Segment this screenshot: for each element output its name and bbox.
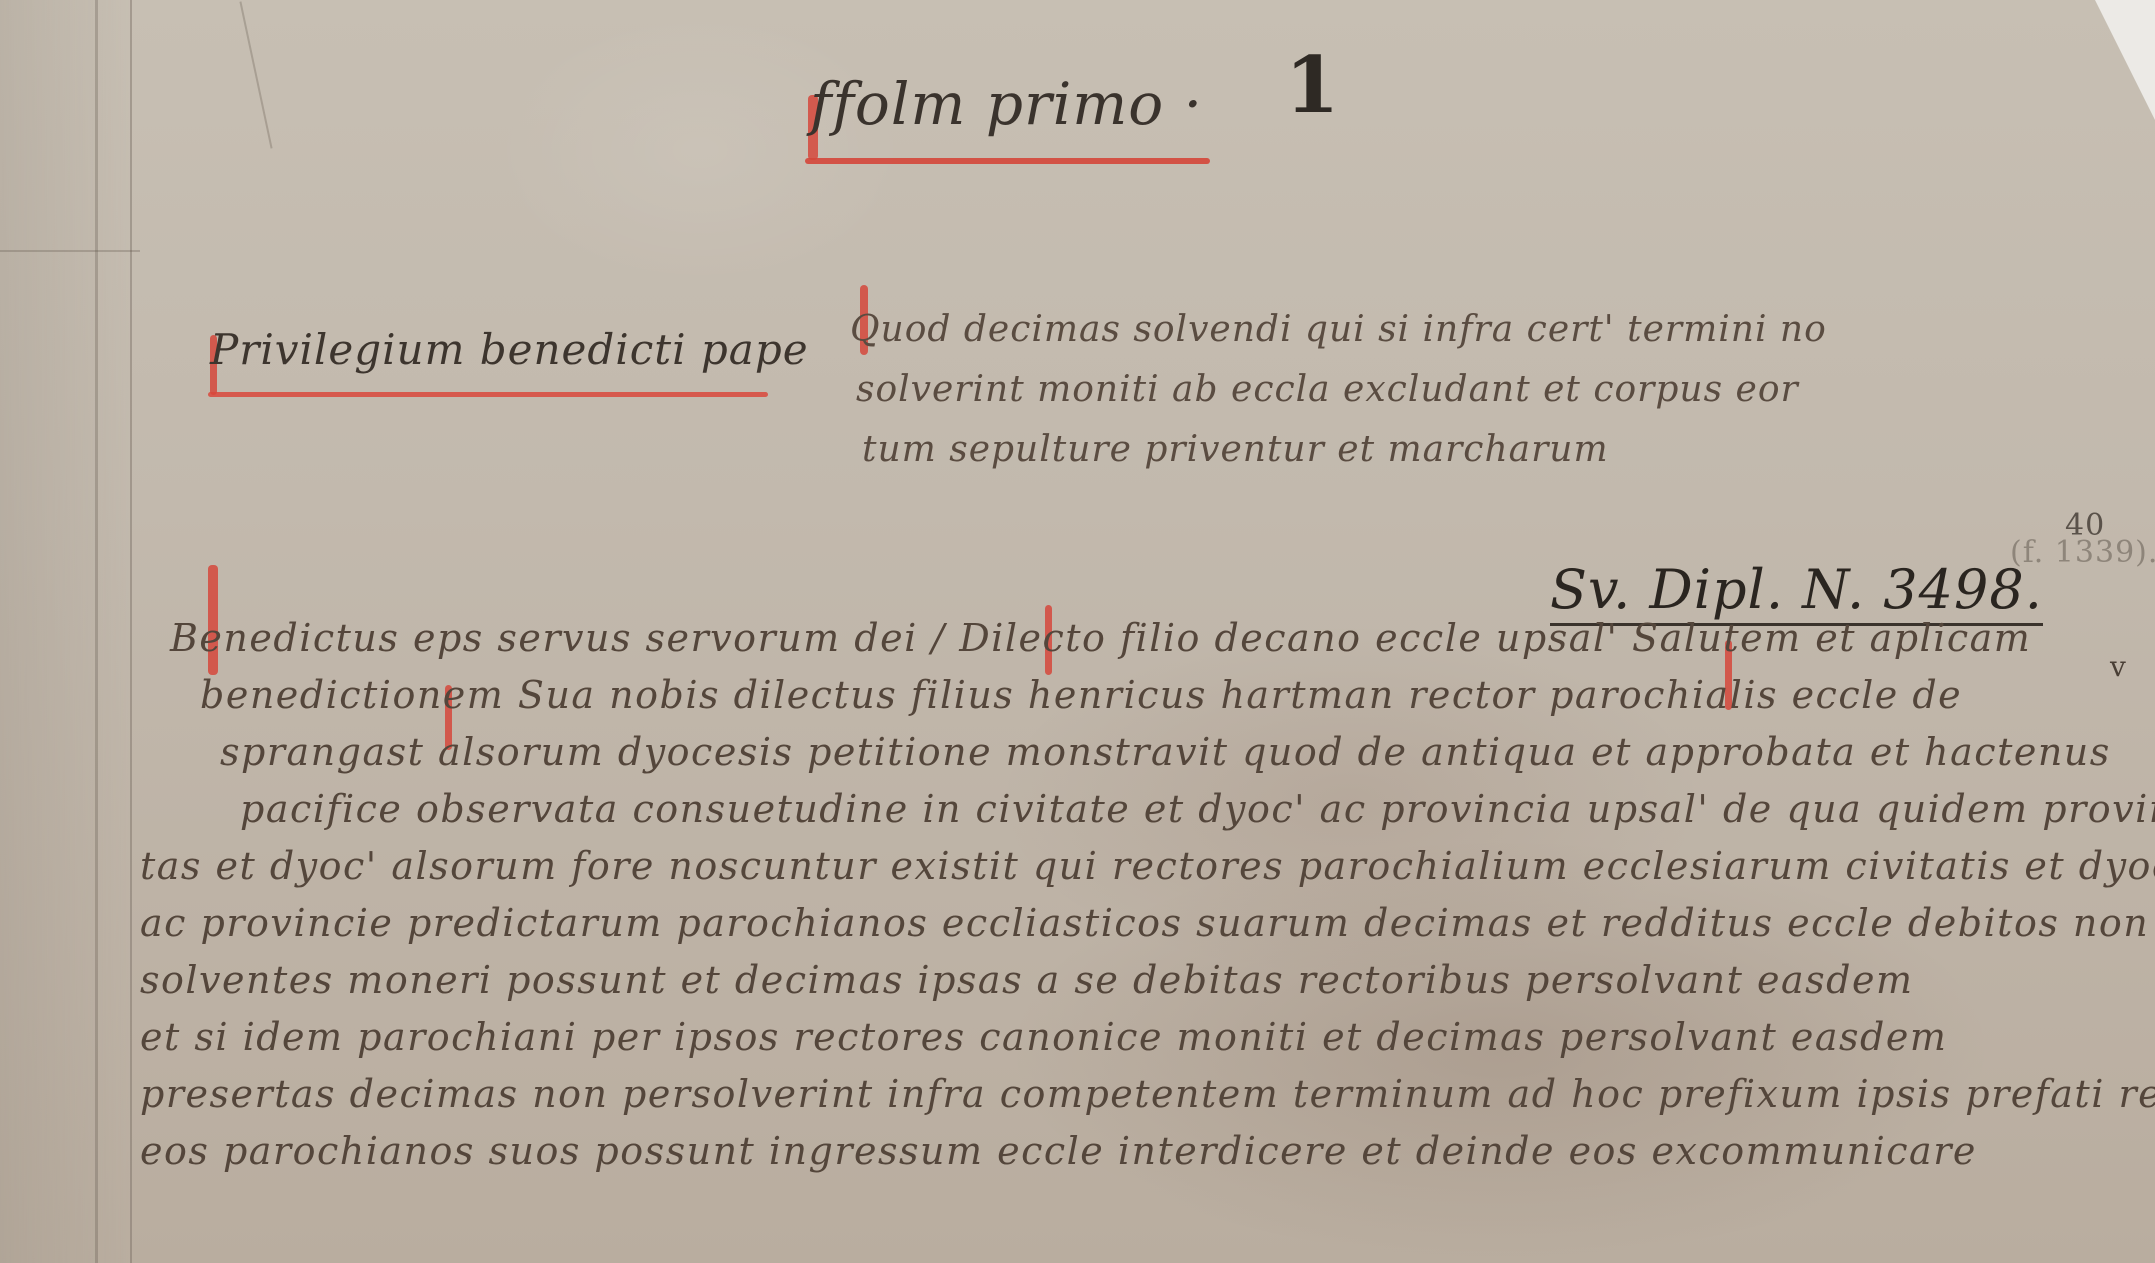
text-line: ac provincie predictarum parochianos ecc… bbox=[140, 895, 2155, 952]
summary-line: solverint moniti ab eccla excludant et c… bbox=[850, 360, 1827, 420]
text-line: pacifice observata consuetudine in civit… bbox=[140, 781, 2155, 838]
pencil-folio: (f. 1339). bbox=[2010, 535, 2155, 570]
text-line: Benedictus eps servus servorum dei / Dil… bbox=[140, 610, 2155, 667]
summary-line: tum sepulture priventur et marcharum bbox=[850, 420, 1827, 480]
text-line: sprangast alsorum dyocesis petitione mon… bbox=[140, 724, 2155, 781]
fold-crease bbox=[0, 250, 140, 252]
text-line: benedictionem Sua nobis dilectus filius … bbox=[140, 667, 2155, 724]
margin-rubric-title: Privilegium benedicti pape bbox=[210, 325, 809, 374]
cut-corner bbox=[2095, 0, 2155, 120]
summary-block: Quod decimas solvendi qui si infra cert'… bbox=[850, 300, 1827, 480]
text-line: presertas decimas non persolverint infra… bbox=[140, 1066, 2155, 1123]
text-line: tas et dyoc' alsorum fore noscuntur exis… bbox=[140, 838, 2155, 895]
fold-crease bbox=[95, 0, 98, 1263]
marginal-check-mark: v bbox=[2110, 650, 2127, 683]
text-line: solventes moneri possunt et decimas ipsa… bbox=[140, 952, 2155, 1009]
manuscript-page: ffolm primo · 1 Privilegium benedicti pa… bbox=[0, 0, 2155, 1263]
heading-red-underline bbox=[805, 158, 1210, 164]
left-margin-edge bbox=[0, 0, 132, 1263]
main-text-block: Benedictus eps servus servorum dei / Dil… bbox=[140, 610, 2155, 1180]
summary-line: Quod decimas solvendi qui si infra cert'… bbox=[850, 300, 1827, 360]
fold-crease bbox=[239, 1, 272, 148]
page-heading: ffolm primo · bbox=[810, 70, 1203, 138]
text-line: eos parochianos suos possunt ingressum e… bbox=[140, 1123, 2155, 1180]
margin-red-underline bbox=[208, 392, 768, 397]
text-line: et si idem parochiani per ipsos rectores… bbox=[140, 1009, 2155, 1066]
folio-number: 1 bbox=[1285, 40, 1340, 131]
